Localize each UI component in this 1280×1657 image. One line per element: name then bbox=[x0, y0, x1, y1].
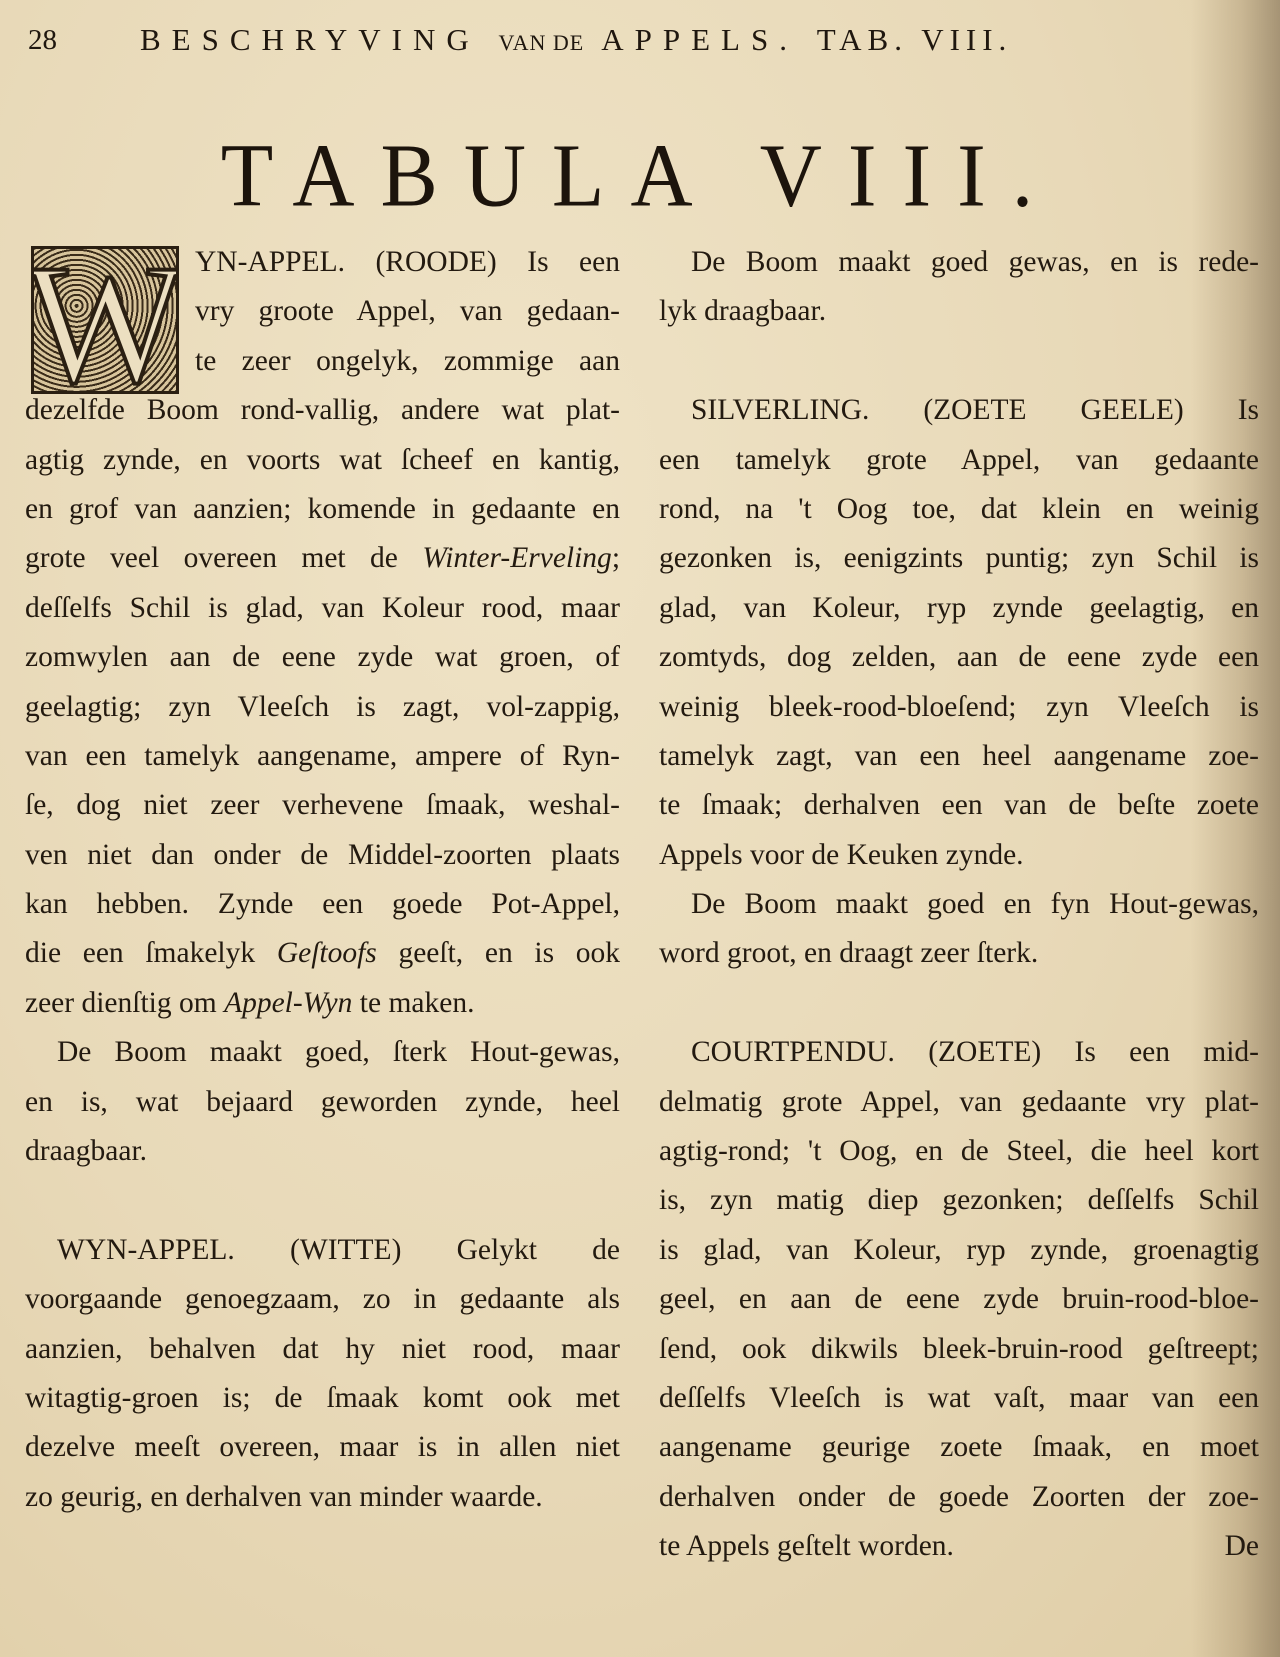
text-line: van een tamelyk aangename, ampere of Ryn… bbox=[25, 732, 620, 781]
text-line: lyk draagbaar. bbox=[659, 287, 1259, 336]
text-line: agtig-rond; 't Oog, en de Steel, die hee… bbox=[659, 1127, 1259, 1176]
text-line: ſend, ook dikwils bleek-bruin-rood geſtr… bbox=[659, 1325, 1259, 1374]
text-line: geelagtig; zyn Vleeſch is zagt, vol-zapp… bbox=[25, 683, 620, 732]
text-line: ſe, dog niet zeer verhevene ſmaak, wesha… bbox=[25, 781, 620, 830]
text-line: witagtig-groen is; de ſmaak komt ook met bbox=[25, 1374, 620, 1423]
text-line: COURTPENDU. (ZOETE) Is een mid- bbox=[659, 1028, 1259, 1077]
text-line: kan hebben. Zynde een goede Pot-Appel, bbox=[25, 880, 620, 929]
text-line: weinig bleek-rood-bloeſend; zyn Vleeſch … bbox=[659, 683, 1259, 732]
text-line: ven niet dan onder de Middel-zoorten pla… bbox=[25, 831, 620, 880]
text-line: agtig zynde, en voorts wat ſcheef en kan… bbox=[25, 436, 620, 485]
text-line: zomtyds, dog zelden, aan de eene zyde ee… bbox=[659, 633, 1259, 682]
book-page: 28 BESCHRYVING VAN DE APPELS. TAB. VIII.… bbox=[0, 0, 1280, 1657]
entry-wyn-appel-roode: YN-APPEL. (ROODE) Is een vry groote Appe… bbox=[25, 238, 620, 1028]
italic-term: Geſtoofs bbox=[277, 937, 377, 969]
text-line: is glad, van Koleur, ryp zynde, groenagt… bbox=[659, 1226, 1259, 1275]
text-line: word groot, en draagt zeer ſterk. bbox=[659, 929, 1259, 978]
text-line: aangename geurige zoete ſmaak, en moet bbox=[659, 1423, 1259, 1472]
text-line: dezelve meeſt overeen, maar is in allen … bbox=[25, 1423, 620, 1472]
catchword: De bbox=[1225, 1522, 1259, 1571]
text-line: zeer dienſtig om Appel-Wyn te maken. bbox=[25, 979, 620, 1028]
text-line: deſſelfs Vleeſch is wat vaſt, maar van e… bbox=[659, 1374, 1259, 1423]
text-line: gezonken is, eenigzints puntig; zyn Schi… bbox=[659, 534, 1259, 583]
running-head: 28 BESCHRYVING VAN DE APPELS. TAB. VIII. bbox=[28, 18, 1220, 58]
text-line: SILVERLING. (ZOETE GEELE) Is bbox=[659, 386, 1259, 435]
text-line: een tamelyk grote Appel, van gedaante bbox=[659, 436, 1259, 485]
text-line: rond, na 't Oog toe, dat klein en weinig bbox=[659, 485, 1259, 534]
tree-note-3: De Boom maakt goed en fyn Hout-gewas, wo… bbox=[659, 880, 1259, 979]
text-line: delmatig grote Appel, van gedaante vry p… bbox=[659, 1078, 1259, 1127]
text-line: te zeer ongelyk, zommige aan bbox=[25, 337, 620, 386]
entry-courtpendu: COURTPENDU. (ZOETE) Is een mid- delmatig… bbox=[659, 1028, 1259, 1571]
tree-note-2: De Boom maakt goed gewas, en is rede- ly… bbox=[659, 238, 1259, 337]
text-line: De Boom maakt goed, ſterk Hout-gewas, bbox=[25, 1028, 620, 1077]
text-line: geel, en aan de eene zyde bruin-rood-blo… bbox=[659, 1275, 1259, 1324]
text-line: glad, van Koleur, ryp zynde geelagtig, e… bbox=[659, 584, 1259, 633]
text-line: zo geurig, en derhalven van minder waard… bbox=[25, 1473, 620, 1522]
text-line: en is, wat bejaard geworden zynde, heel bbox=[25, 1078, 620, 1127]
running-title: BESCHRYVING VAN DE APPELS. TAB. VIII. bbox=[140, 22, 1012, 58]
text-line: Appels voor de Keuken zynde. bbox=[659, 831, 1259, 880]
page-title: TABULA VIII. bbox=[0, 123, 1280, 228]
text-line: YN-APPEL. (ROODE) Is een bbox=[25, 238, 620, 287]
text-line: deſſelfs Schil is glad, van Koleur rood,… bbox=[25, 584, 620, 633]
italic-term: Winter-Erveling bbox=[422, 542, 611, 574]
text-line: derhalven onder de goede Zoorten der zoe… bbox=[659, 1473, 1259, 1522]
left-column: YN-APPEL. (ROODE) Is een vry groote Appe… bbox=[25, 238, 620, 1522]
text-line: en grof van aanzien; komende in gedaante… bbox=[25, 485, 620, 534]
text-line: zomwylen aan de eene zyde wat groen, of bbox=[25, 633, 620, 682]
tree-note-1: De Boom maakt goed, ſterk Hout-gewas, en… bbox=[25, 1028, 620, 1176]
text-line: WYN-APPEL. (WITTE) Gelykt de bbox=[25, 1226, 620, 1275]
text-line: aanzien, behalven dat hy niet rood, maar bbox=[25, 1325, 620, 1374]
italic-term: Appel-Wyn bbox=[224, 987, 352, 1019]
text-line: De Boom maakt goed gewas, en is rede- bbox=[659, 238, 1259, 287]
text-line: te Appels geſtelt worden. De bbox=[659, 1522, 1259, 1571]
text-line: draagbaar. bbox=[25, 1127, 620, 1176]
text-line: die een ſmakelyk Geſtoofs geeſt, en is o… bbox=[25, 929, 620, 978]
text-line: De Boom maakt goed en fyn Hout-gewas, bbox=[659, 880, 1259, 929]
page-number: 28 bbox=[28, 24, 57, 57]
text-line: tamelyk zagt, van een heel aangename zoe… bbox=[659, 732, 1259, 781]
right-column: De Boom maakt goed gewas, en is rede- ly… bbox=[659, 238, 1259, 1572]
text-line: te ſmaak; derhalven een van de beſte zoe… bbox=[659, 781, 1259, 830]
text-line: dezelfde Boom rond-vallig, andere wat pl… bbox=[25, 386, 620, 435]
text-line: vry groote Appel, van gedaan- bbox=[25, 287, 620, 336]
text-line: is, zyn matig diep gezonken; deſſelfs Sc… bbox=[659, 1176, 1259, 1225]
text-line: voorgaande genoegzaam, zo in gedaante al… bbox=[25, 1275, 620, 1324]
entry-silverling: SILVERLING. (ZOETE GEELE) Is een tamelyk… bbox=[659, 386, 1259, 880]
entry-wyn-appel-witte: WYN-APPEL. (WITTE) Gelykt de voorgaande … bbox=[25, 1226, 620, 1522]
text-line: grote veel overeen met de Winter-Ervelin… bbox=[25, 534, 620, 583]
